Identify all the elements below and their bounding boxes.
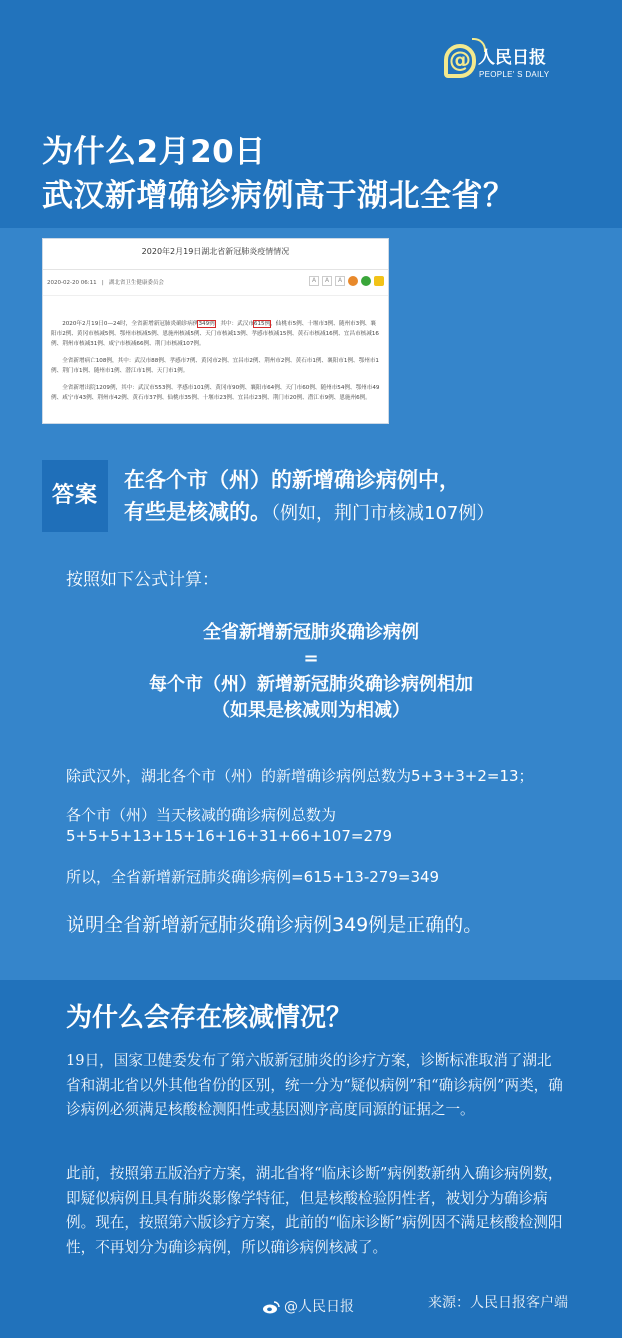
doc-paragraph-confirmed: 2020年2月19日0—24时，全省新增新冠肺炎确诊病例349例，其中：武汉市6… <box>51 319 381 349</box>
answer-text: 在各个市（州）的新增确诊病例中， 有些是核减的。（例如，荆门市核减107例） <box>124 464 614 530</box>
logo-name-en: PEOPLE' S DAILY <box>479 70 549 80</box>
wechat-icon[interactable] <box>361 276 371 286</box>
formula-line-1: 全省新增新冠肺炎确诊病例 <box>0 620 622 646</box>
document-screenshot: 2020年2月19日湖北省新冠肺炎疫情情况 2020-02-20 06:11 |… <box>42 238 389 424</box>
weibo-handle: @人民日报 <box>262 1298 354 1316</box>
formula: 全省新增新冠肺炎确诊病例 = 每个市（州）新增新冠肺炎确诊病例相加 （如果是核减… <box>0 620 622 724</box>
calc-added: 除武汉外，湖北各个市（州）的新增确诊病例总数为5+3+3+2=13； <box>66 766 606 787</box>
divider <box>43 269 388 270</box>
weibo-icon[interactable] <box>348 276 358 286</box>
doc-title: 2020年2月19日湖北省新冠肺炎疫情情况 <box>43 247 388 257</box>
section-title: 为什么会存在核减情况？ <box>66 1000 352 1036</box>
calc-reduced-sum: 5+5+5+13+15+16+16+31+66+107=279 <box>66 827 392 845</box>
explanation-paragraph-1: 19日，国家卫健委发布了第六版新冠肺炎的诊疗方案，诊断标准取消了湖北省和湖北省以… <box>66 1049 566 1123</box>
weibo-handle-text: @人民日报 <box>284 1298 354 1316</box>
formula-equals: = <box>0 646 622 672</box>
answer-badge: 答案 <box>42 460 108 532</box>
page-title: 为什么2月20日 武汉新增确诊病例高于湖北全省？ <box>42 130 602 218</box>
doc-separator: | <box>102 280 104 286</box>
calc-result: 所以，全省新增新冠肺炎确诊病例=615+13-279=349 <box>66 867 606 888</box>
highlight-total: 349例 <box>198 321 214 327</box>
title-line-1: 为什么2月20日 <box>42 130 602 174</box>
doc-body: 2020年2月19日0—24时，全省新增新冠肺炎确诊病例349例，其中：武汉市6… <box>51 319 381 410</box>
doc-meta: 2020-02-20 06:11 | 湖北省卫生健康委员会 <box>47 279 164 287</box>
answer-line-1: 在各个市（州）的新增确诊病例中， <box>124 464 614 496</box>
doc-paragraph-deaths: 全省新增病亡108例，其中：武汉市88例、孝感市7例、黄冈市2例、宜昌市2例、荆… <box>51 356 381 376</box>
formula-intro: 按照如下公式计算： <box>66 568 219 592</box>
doc-paragraph-discharged: 全省新增出院1209例，其中：武汉市553例、孝感市101例、黄冈市90例、襄阳… <box>51 383 381 403</box>
source-credit: 来源：人民日报客户端 <box>428 1294 568 1312</box>
logo-name-cn: 人民日报 <box>478 48 546 68</box>
font-size-small-button[interactable]: A <box>309 276 319 286</box>
star-icon[interactable] <box>374 276 384 286</box>
answer-line-2: 有些是核减的。（例如，荆门市核减107例） <box>124 496 614 530</box>
peoples-daily-logo: @ 人民日报 PEOPLE' S DAILY <box>444 38 554 88</box>
font-size-large-button[interactable]: A <box>335 276 345 286</box>
calc-reduced-label: 各个市（州）当天核减的确诊病例总数为 <box>66 806 336 824</box>
calculation: 除武汉外，湖北各个市（州）的新增确诊病例总数为5+3+3+2=13； 各个市（州… <box>66 766 606 906</box>
highlight-wuhan: 615例 <box>254 321 270 327</box>
formula-line-2: 每个市（州）新增新冠肺炎确诊病例相加 <box>0 672 622 698</box>
weibo-icon <box>262 1300 280 1314</box>
divider <box>43 295 388 296</box>
doc-date: 2020-02-20 06:11 <box>47 280 97 286</box>
font-size-medium-button[interactable]: A <box>322 276 332 286</box>
calc-reduced: 各个市（州）当天核减的确诊病例总数为 5+5+5+13+15+16+16+31+… <box>66 805 606 847</box>
doc-publisher: 湖北省卫生健康委员会 <box>109 280 164 286</box>
explanation-paragraph-2: 此前，按照第五版治疗方案，湖北省将“临床诊断”病例数新纳入确诊病例数，即疑似病例… <box>66 1162 566 1260</box>
title-line-2: 武汉新增确诊病例高于湖北全省？ <box>42 174 602 218</box>
doc-toolbar: A A A <box>309 276 384 286</box>
formula-line-3: （如果是核减则为相减） <box>0 698 622 724</box>
conclusion: 说明全省新增新冠肺炎确诊病例349例是正确的。 <box>66 912 482 938</box>
answer-note: （例如，荆门市核减107例） <box>271 503 494 524</box>
